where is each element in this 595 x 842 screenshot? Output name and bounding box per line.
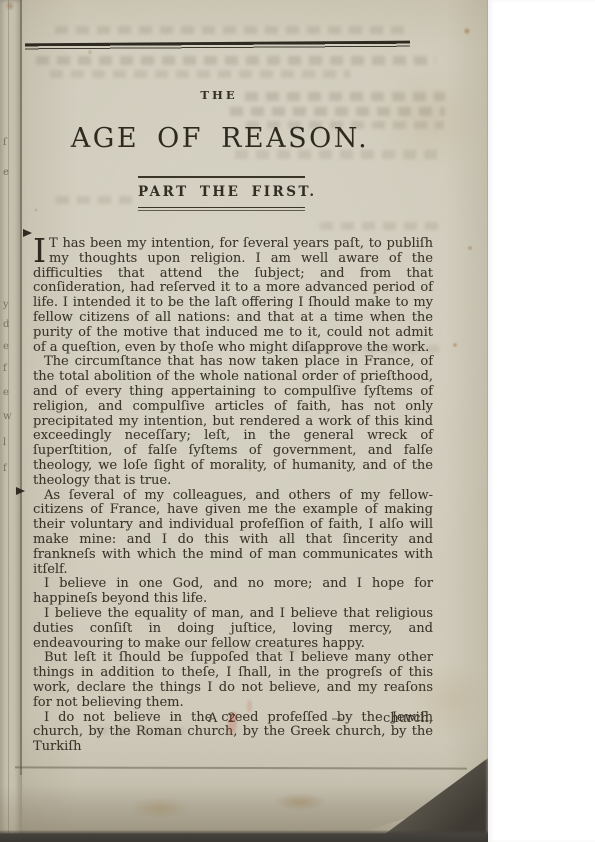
page-sheet: THE AGE OF REASON. PART THE FIRST. IT ha…	[0, 0, 488, 842]
scanner-background	[488, 0, 595, 842]
book-page-scan: THE AGE OF REASON. PART THE FIRST. IT ha…	[0, 0, 595, 842]
paper-grain-texture	[0, 0, 488, 842]
